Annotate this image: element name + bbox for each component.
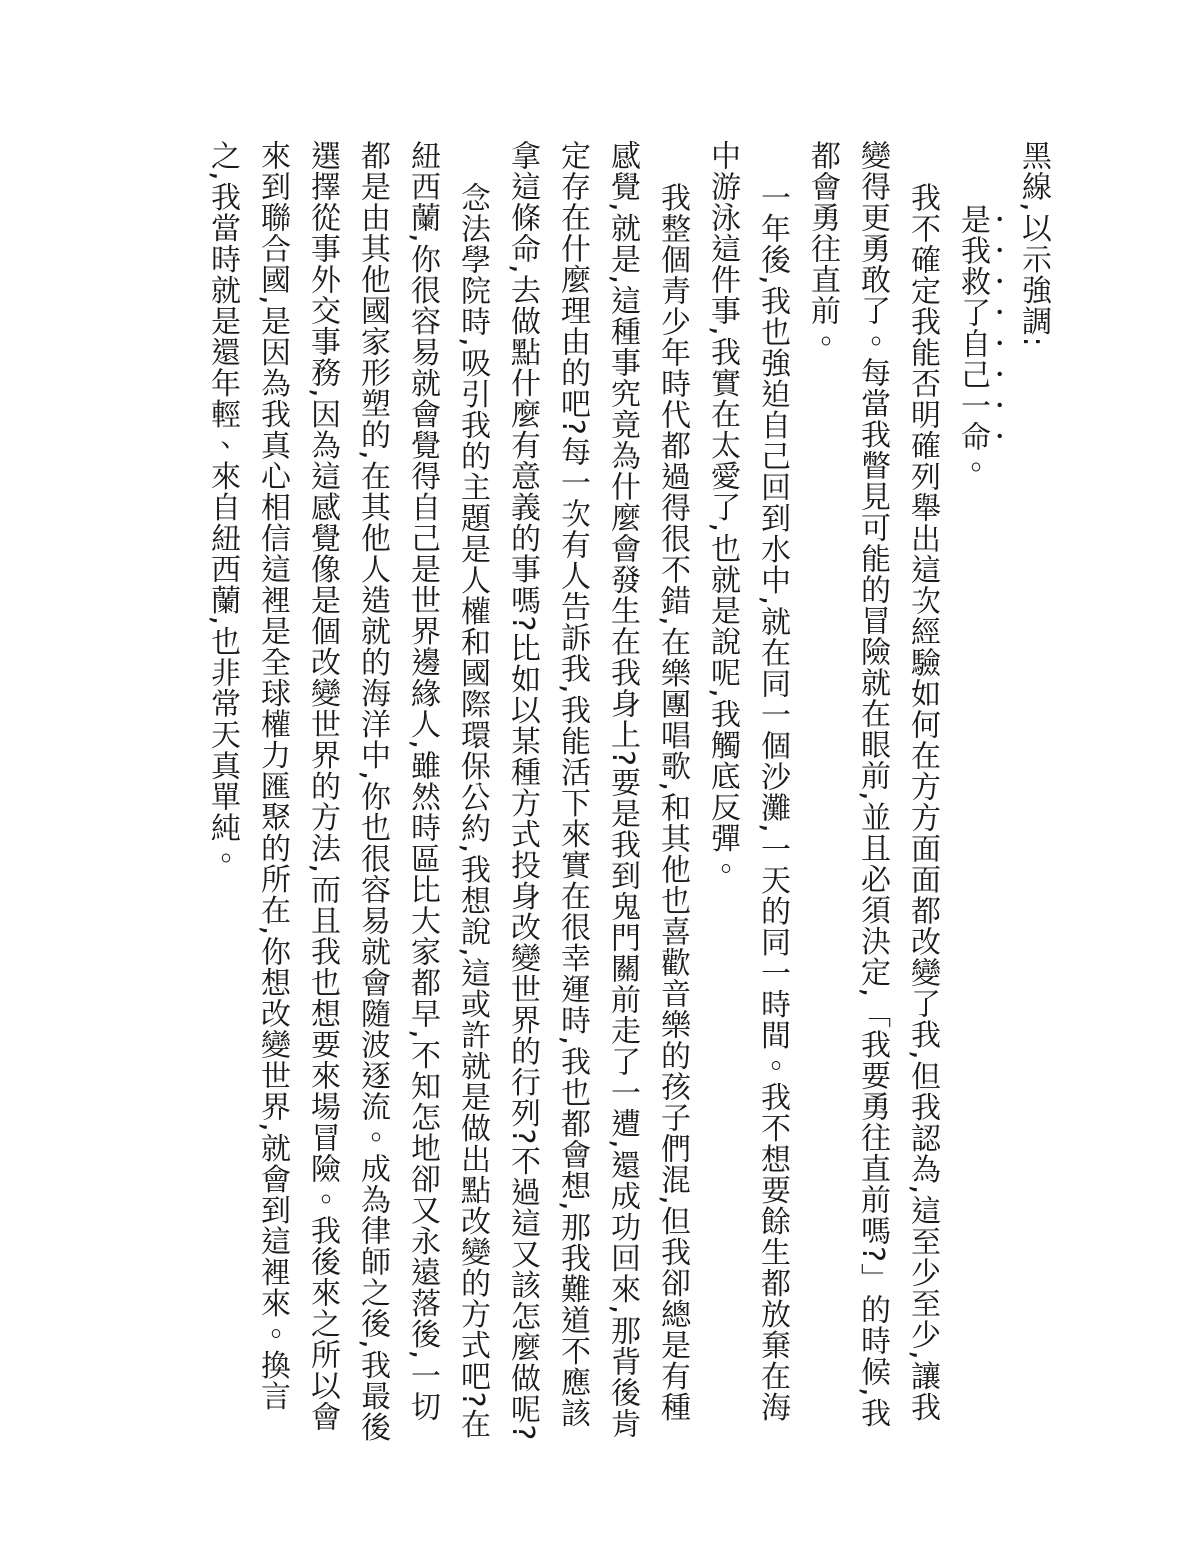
- paragraph-law-school: 念法學院時,吸引我的主題是人權和國際環保公約,我想說,這或許就是做出點改變的方式…: [197, 140, 497, 1448]
- vertical-text-block: 黑線,以示強調: 是我救了自己一命。 我不確定我能否明確列舉出這次經驗如何在方方…: [197, 140, 1058, 1448]
- paragraph-bravery: 我不確定我能否明確列舉出這次經驗如何在方方面面都改變了我,但我認為,這至少至少,…: [797, 140, 947, 1448]
- paragraph-teenage-years: 我整個青少年時代都過得很不錯,在樂團唱歌,和其他也喜歡音樂的孩子們混,但我卻總是…: [497, 140, 697, 1448]
- paragraph-return-to-water: 一年後,我也強迫自己回到水中,就在同一個沙灘,一天的同一時間。我不想要餘生都放棄…: [697, 140, 797, 1448]
- paragraph-continuation: 黑線,以示強調:: [1008, 140, 1058, 1448]
- emphasized-quote-line: 是我救了自己一命。: [947, 140, 1008, 1448]
- book-page: 黑線,以示強調: 是我救了自己一命。 我不確定我能否明確列舉出這次經驗如何在方方…: [0, 0, 1200, 1553]
